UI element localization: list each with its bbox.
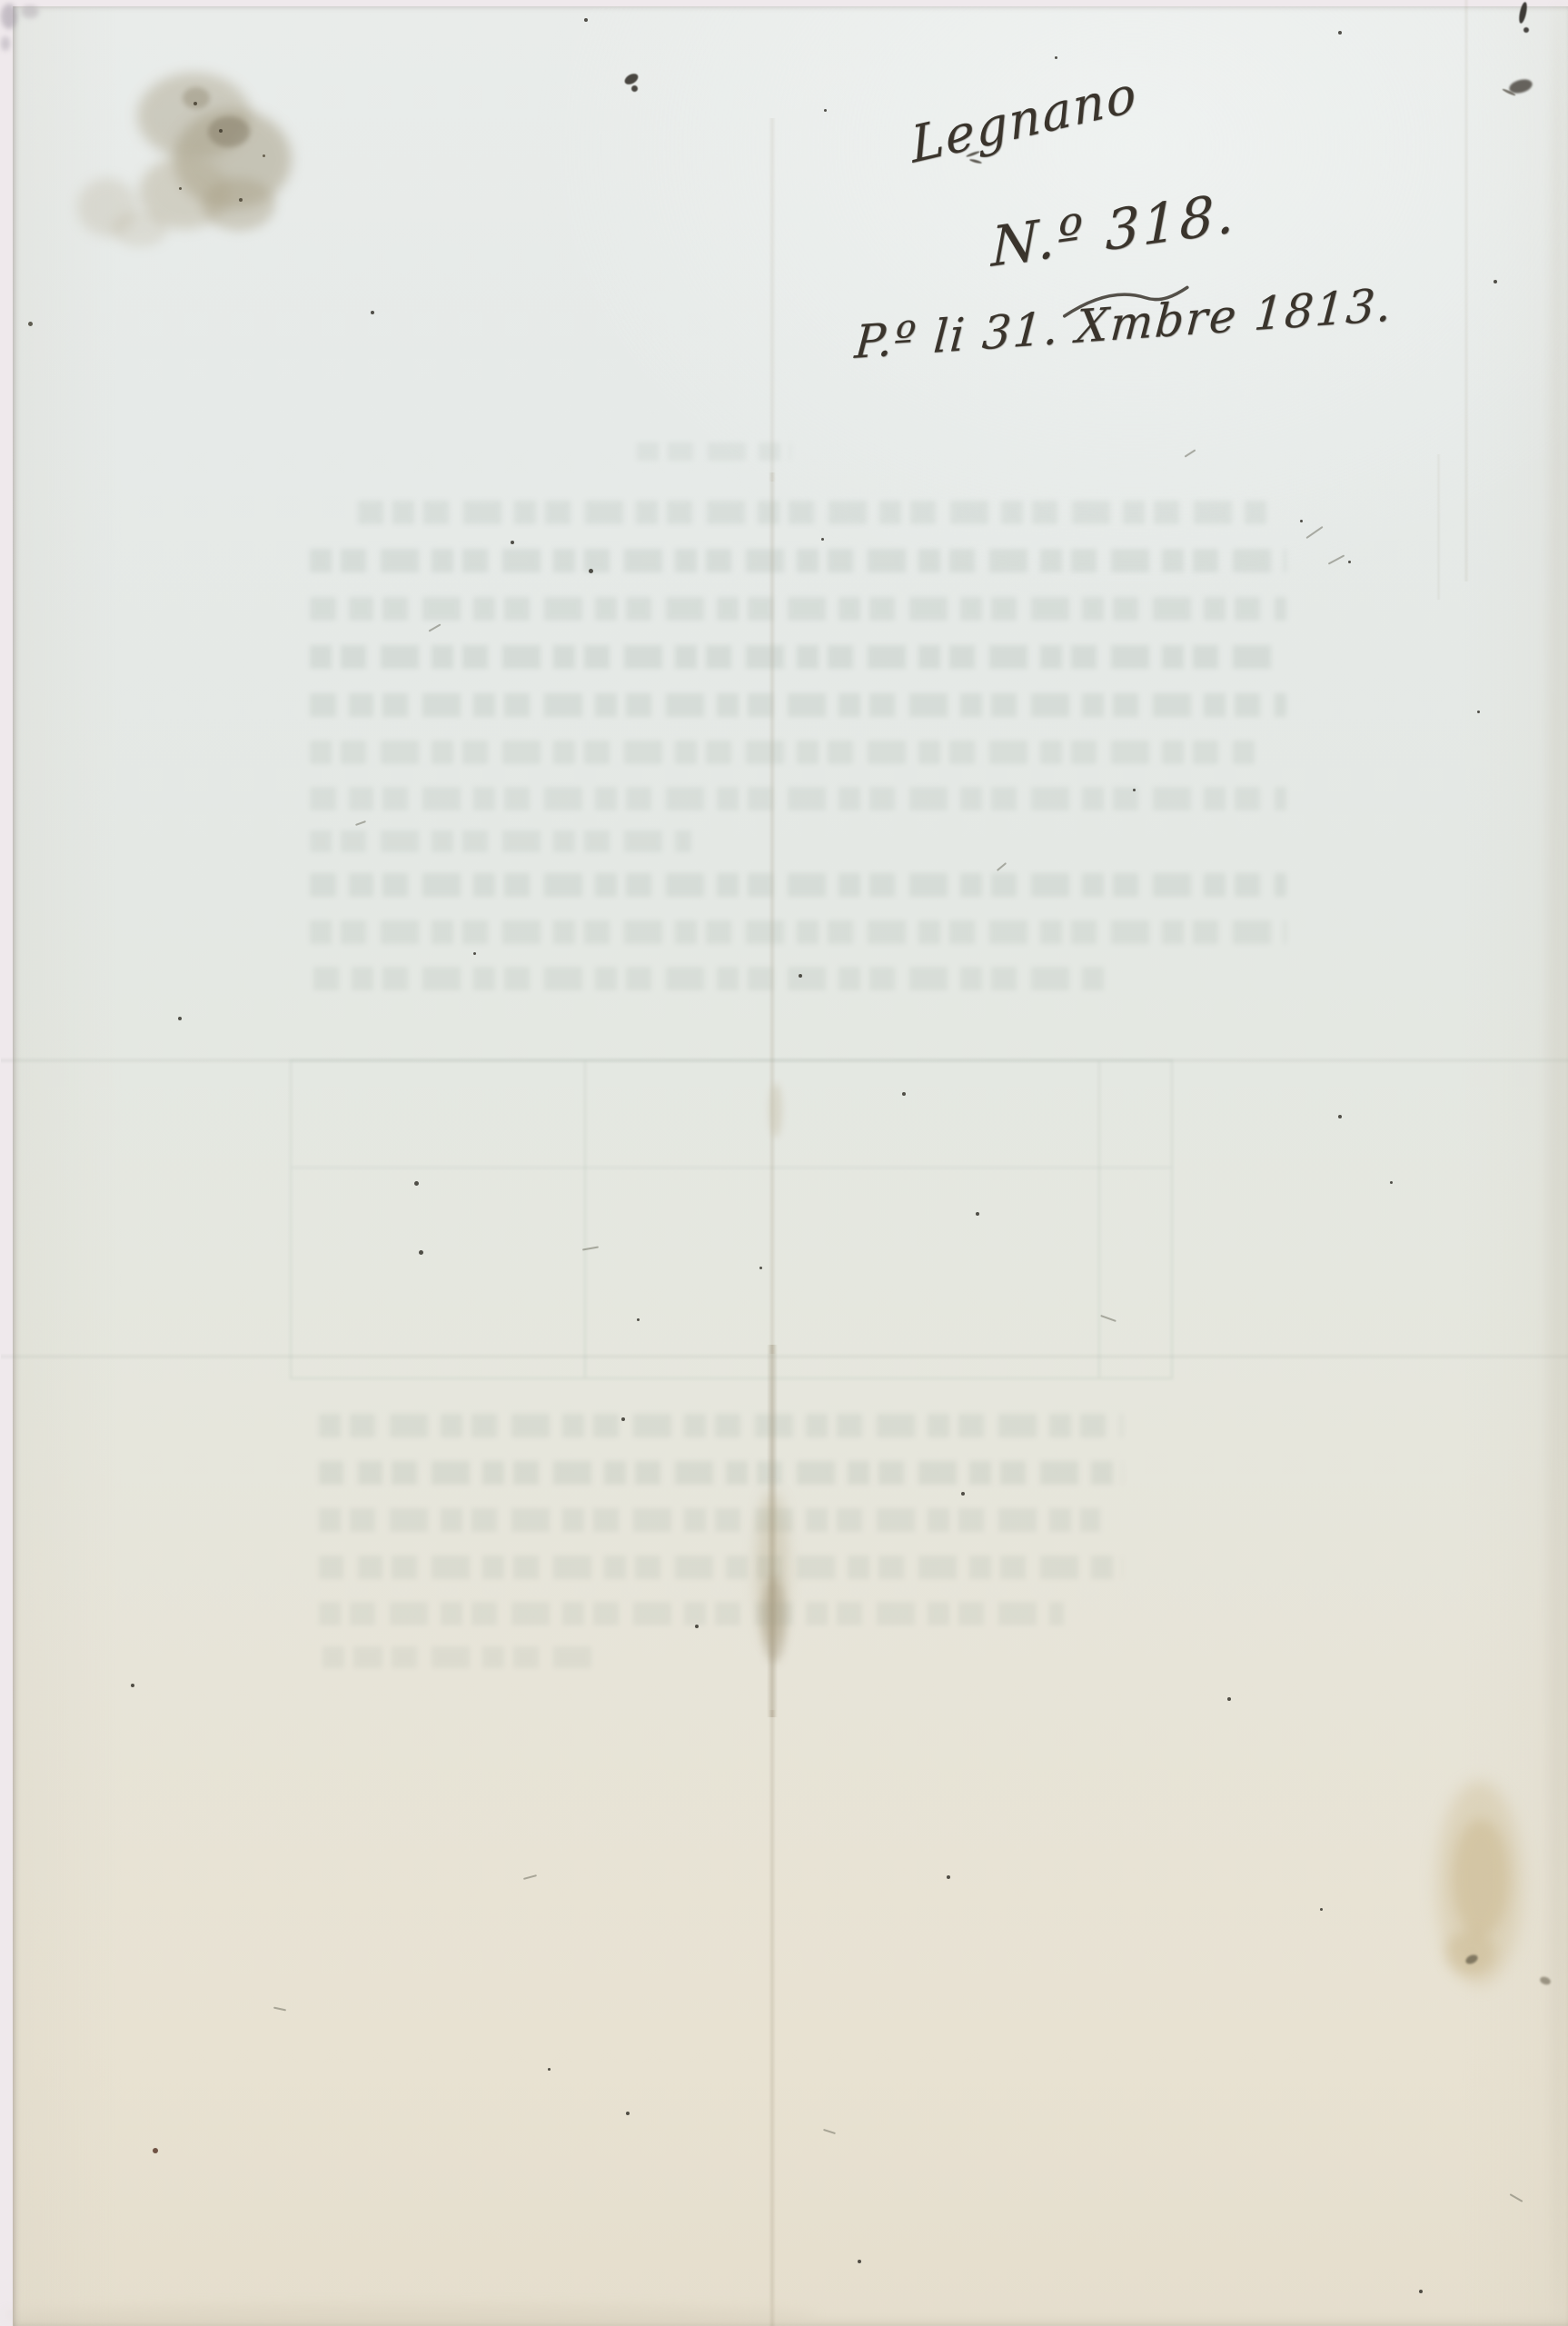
ink-speck [961, 1492, 965, 1496]
handwriting-place-name: Legnano [908, 64, 1139, 174]
paper-stain [1, 36, 10, 51]
ink-speck [511, 541, 514, 544]
ink-speck [1227, 1697, 1231, 1701]
ink-speck [1494, 280, 1497, 283]
showthrough-layer [1, 0, 1568, 2326]
paper-stain [966, 150, 980, 157]
ink-speck [1477, 711, 1480, 713]
paper-fiber [355, 820, 366, 826]
paper-stain [769, 1083, 782, 1138]
paper-stain [757, 1490, 788, 1645]
ink-speck [858, 2260, 861, 2263]
ink-speck [1055, 56, 1057, 59]
ink-speck [1331, 293, 1335, 297]
showthrough-text-line [310, 967, 1109, 990]
showthrough-text-line [310, 741, 1255, 764]
handwriting-date-line: P.º li 31. Xmbre 1813. [853, 278, 1394, 369]
handwriting-document-number: N.º 318. [991, 181, 1236, 280]
ink-speck [1338, 31, 1342, 35]
ink-speck [1419, 2290, 1423, 2293]
ink-speck [263, 154, 265, 157]
ink-speck [637, 1318, 640, 1321]
paper-stain [183, 87, 210, 109]
ink-speck [153, 2148, 158, 2153]
ink-speck [1133, 789, 1136, 791]
ink-speck [371, 311, 374, 314]
ink-speck [589, 569, 593, 573]
ink-speck [239, 198, 243, 202]
ink-speck [28, 322, 33, 326]
showthrough-text-line [637, 442, 791, 461]
paper-fiber [1100, 1315, 1116, 1322]
paper-stain [1539, 1975, 1552, 1986]
paper-fiber [273, 2007, 286, 2012]
paper-stain [1547, 0, 1568, 2326]
paper-fiber [823, 2129, 836, 2134]
showthrough-text-line [319, 1414, 1123, 1437]
ink-speck [419, 1250, 423, 1255]
paper-stain [1464, 1953, 1479, 1965]
fold-crease-vertical [1436, 454, 1441, 600]
paper-stain [174, 109, 292, 209]
showthrough-table-column-line [1098, 1061, 1100, 1377]
showthrough-text-line [319, 1646, 600, 1668]
ink-speck [902, 1092, 906, 1096]
ink-speck [179, 187, 182, 190]
fold-crease-vertical [769, 1710, 776, 2326]
paper-fiber [997, 862, 1007, 871]
stains-layer [1, 0, 1568, 2326]
paper-stain [21, 5, 39, 18]
ink-speck [821, 538, 824, 541]
ink-speck [799, 974, 802, 978]
paper-stain [77, 178, 137, 236]
paper-stain [969, 158, 982, 164]
paper-stain [137, 73, 251, 159]
paper-stain [1523, 27, 1529, 33]
showthrough-text-line [319, 1556, 1123, 1579]
showthrough-text-line [310, 787, 1286, 810]
ink-speck [1300, 520, 1303, 522]
showthrough-table [290, 1059, 1173, 1379]
ink-speck [976, 1212, 979, 1216]
showthrough-text-line [319, 1602, 1064, 1625]
paper-fiber [1305, 526, 1323, 539]
paper-stain [208, 116, 250, 147]
paper-fiber [523, 1874, 537, 1880]
fold-crease-vertical [769, 118, 776, 482]
handwriting-annotation: Legnano N.º 318. P.º li 31. Xmbre 1813. [1, 0, 1568, 2326]
specks-layer [1, 0, 1568, 2326]
paper-stain [631, 85, 638, 92]
ink-speck [621, 1417, 625, 1421]
showthrough-table-row-line [292, 1167, 1171, 1168]
ink-speck [473, 952, 476, 955]
ink-speck [194, 102, 197, 105]
paper-stain [762, 1576, 786, 1663]
paper-sheet: Legnano N.º 318. P.º li 31. Xmbre 1813. [13, 6, 1568, 2326]
paper-fiber [582, 1246, 599, 1250]
showthrough-text-line [310, 873, 1286, 897]
showthrough-text-line [351, 501, 1268, 524]
showthrough-text-line [319, 1461, 1123, 1485]
showthrough-text-line [310, 645, 1273, 669]
paper-stain [1518, 2, 1529, 25]
ink-speck [759, 1267, 762, 1269]
paper-stain [1, 2303, 819, 2326]
paper-fiber [429, 623, 442, 631]
ink-speck [219, 129, 223, 133]
ink-speck [1338, 1115, 1342, 1118]
paper-fiber [1510, 2193, 1523, 2202]
ink-speck [548, 2068, 551, 2071]
showthrough-text-line [310, 693, 1286, 717]
fold-crease-horizontal [1, 1353, 1568, 1360]
showthrough-text-line [310, 549, 1286, 572]
paper-stain [623, 72, 640, 87]
paper-stain [112, 211, 168, 247]
ink-speck [947, 1875, 950, 1879]
ink-speck [824, 109, 827, 112]
fold-crease-vertical [1464, 0, 1469, 581]
scanned-document: Legnano N.º 318. P.º li 31. Xmbre 1813. [0, 0, 1568, 2326]
fold-crease-horizontal [1, 1057, 1568, 1064]
handwriting-flourish-icon [1058, 282, 1196, 327]
paper-stain [1502, 88, 1516, 96]
paper-stain [1508, 77, 1534, 95]
ink-speck [626, 2112, 630, 2115]
paper-fiber [1328, 554, 1345, 564]
ink-speck [131, 1684, 134, 1687]
ink-speck [178, 1017, 182, 1020]
paper-stain [139, 156, 230, 229]
ink-speck [1348, 561, 1351, 563]
ink-speck [695, 1625, 699, 1628]
paper-stain [1453, 1819, 1509, 1937]
showthrough-text-line [319, 1508, 1100, 1532]
paper-stain [203, 178, 275, 231]
paper-fiber [1185, 449, 1196, 457]
showthrough-text-line [310, 920, 1286, 944]
showthrough-table-column-line [584, 1061, 586, 1377]
paper-stain [1436, 1781, 1523, 1985]
showthrough-text-line [310, 830, 691, 852]
fold-crease-vertical [769, 472, 776, 1354]
fold-crease-vertical [767, 1345, 778, 1717]
ink-speck [584, 18, 588, 22]
ink-speck [1320, 1908, 1323, 1911]
ink-speck [1390, 1181, 1393, 1184]
paper-stain [1, 4, 17, 29]
ink-speck [414, 1181, 419, 1186]
paper-stain [1445, 1931, 1495, 1974]
showthrough-text-line [310, 597, 1286, 621]
